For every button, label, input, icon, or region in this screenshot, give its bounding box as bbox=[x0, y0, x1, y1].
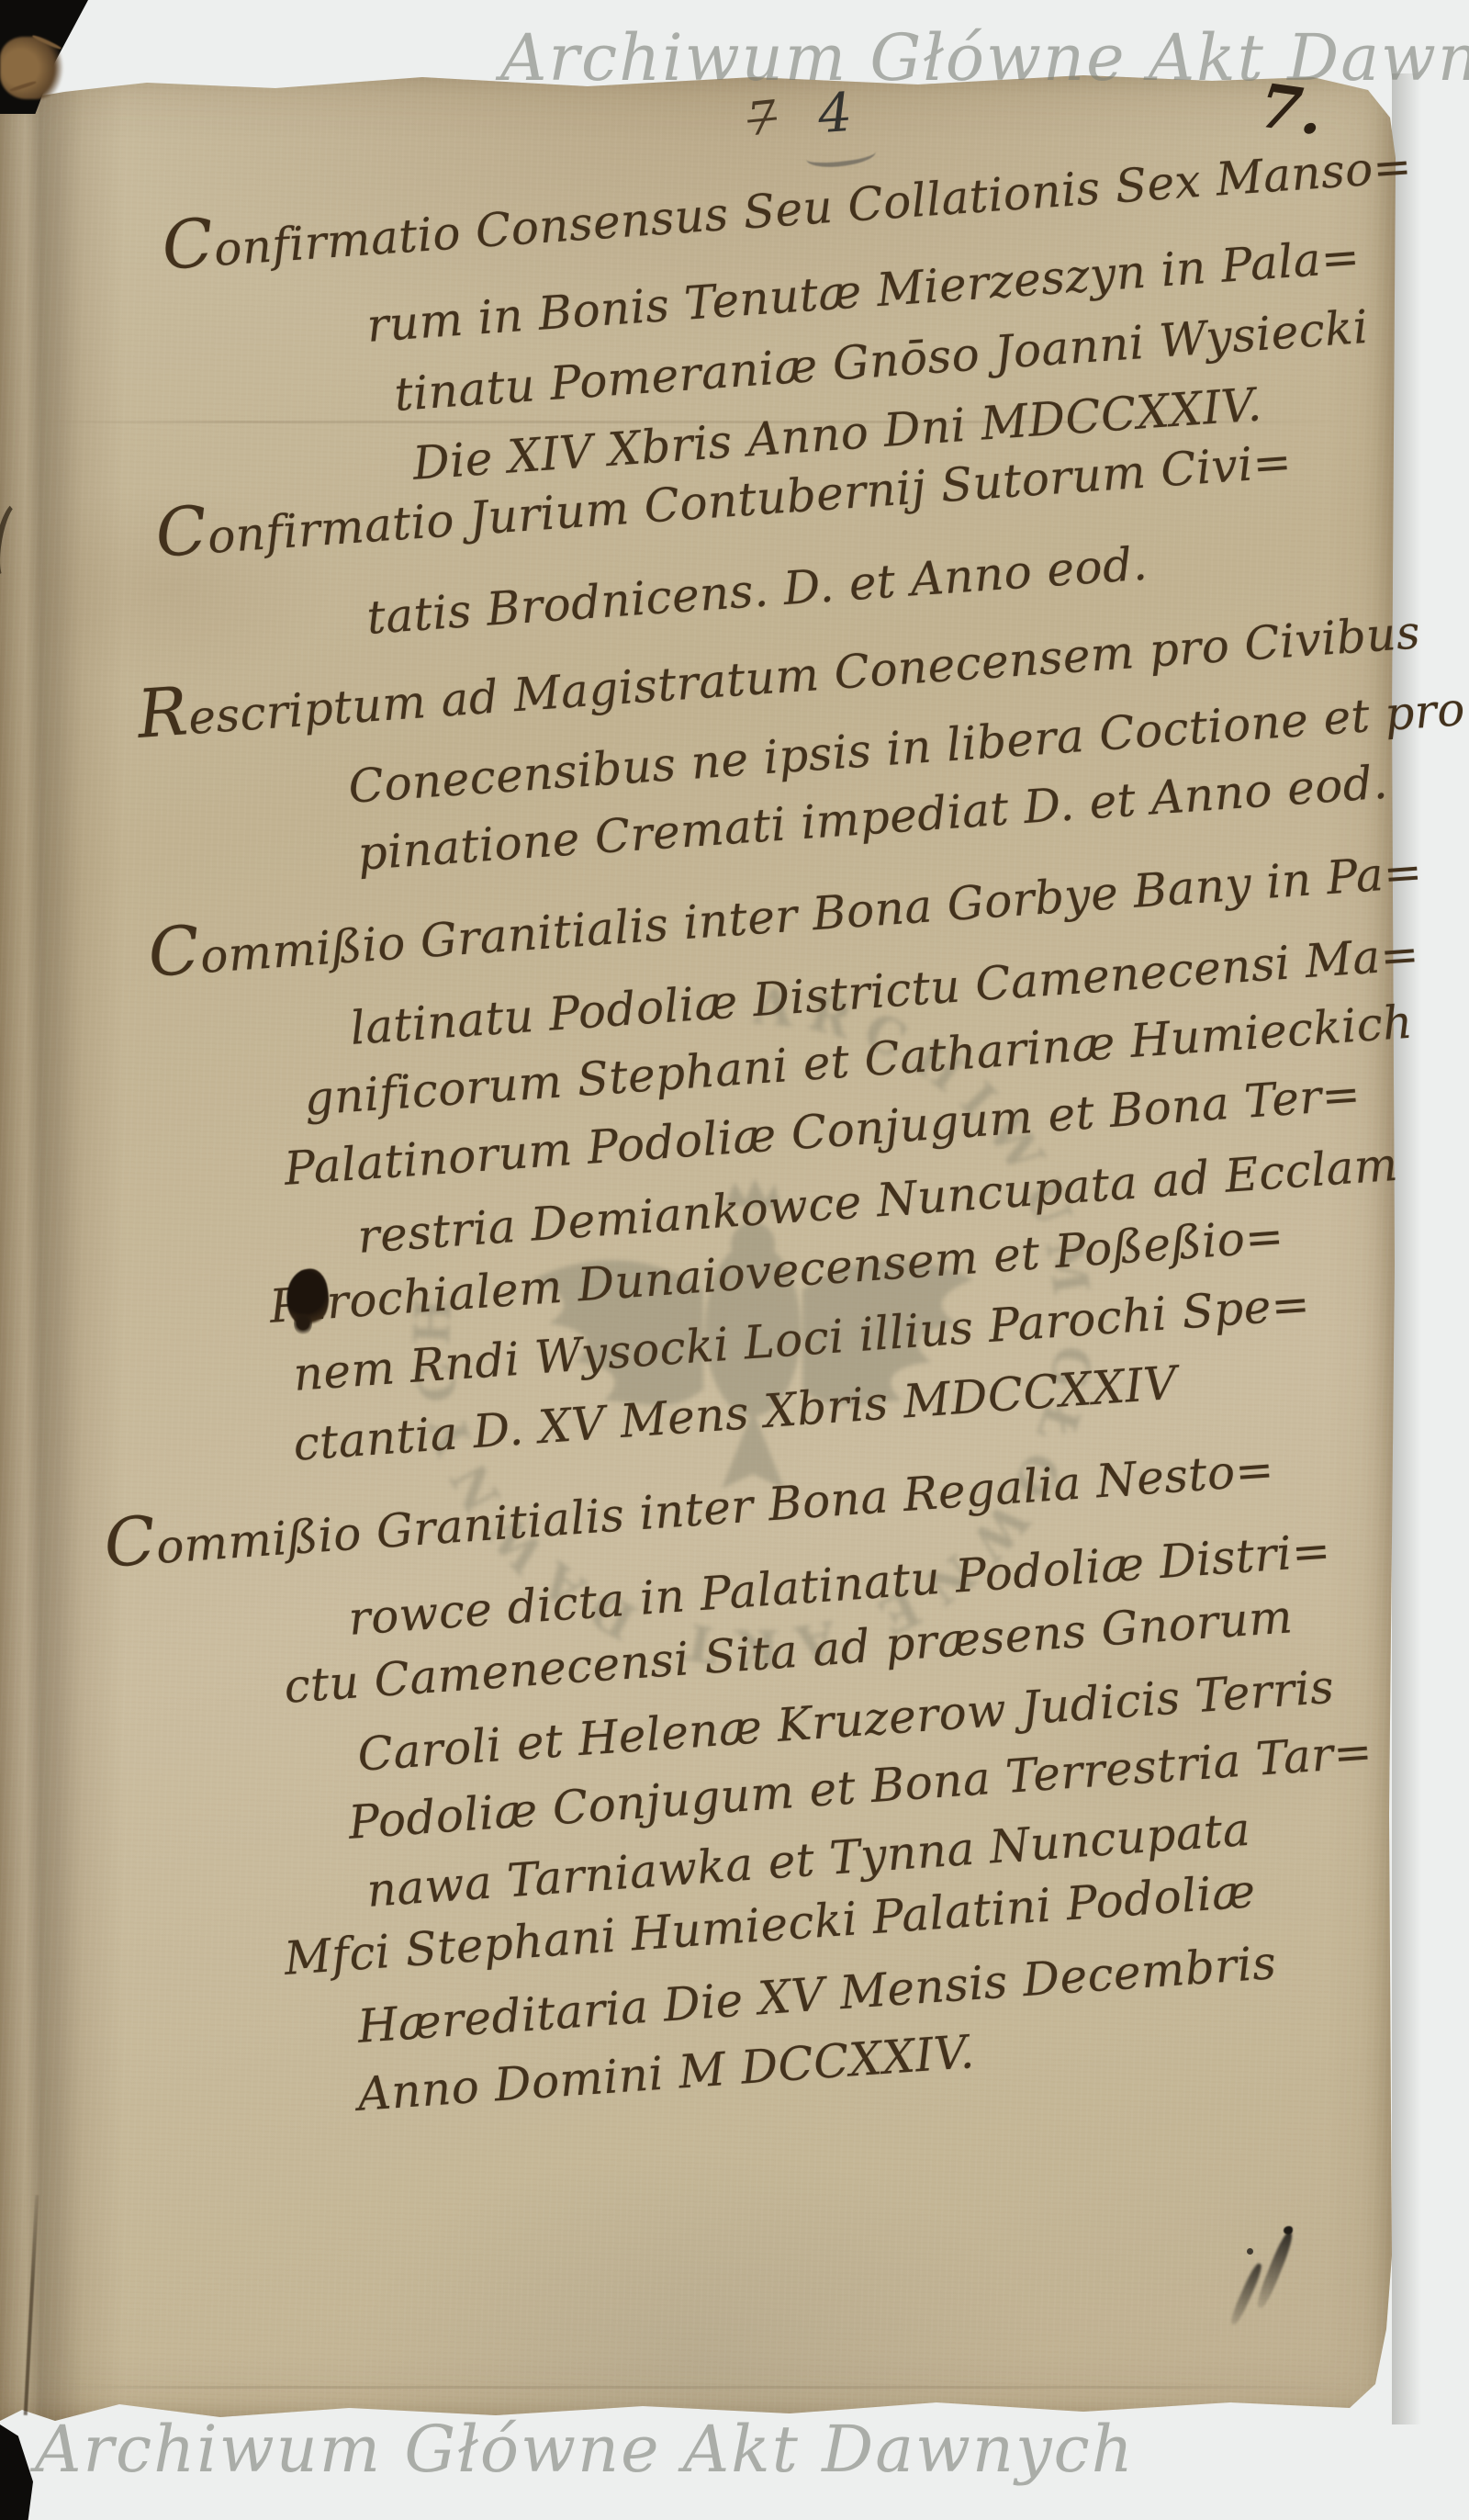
folio-number-crossed-out: 7 bbox=[745, 94, 779, 142]
manuscript-scan: ARCHIWUM GŁÓWNE AKT DAWNYCH 7 4 7. Confi… bbox=[0, 0, 1469, 2520]
ink-speck bbox=[1247, 2248, 1253, 2255]
archive-watermark-bottom: Archiwum Główne Akt Dawnych bbox=[35, 2417, 1135, 2481]
ink-blot-tail bbox=[294, 1311, 312, 1335]
archive-watermark-top: Archiwum Główne Akt Dawnych bbox=[500, 26, 1469, 90]
paper-crease bbox=[37, 2386, 1350, 2389]
binding-gap bbox=[0, 2424, 33, 2520]
ink-speck bbox=[1284, 2226, 1293, 2234]
page-edge-shadow bbox=[1392, 73, 1429, 2424]
